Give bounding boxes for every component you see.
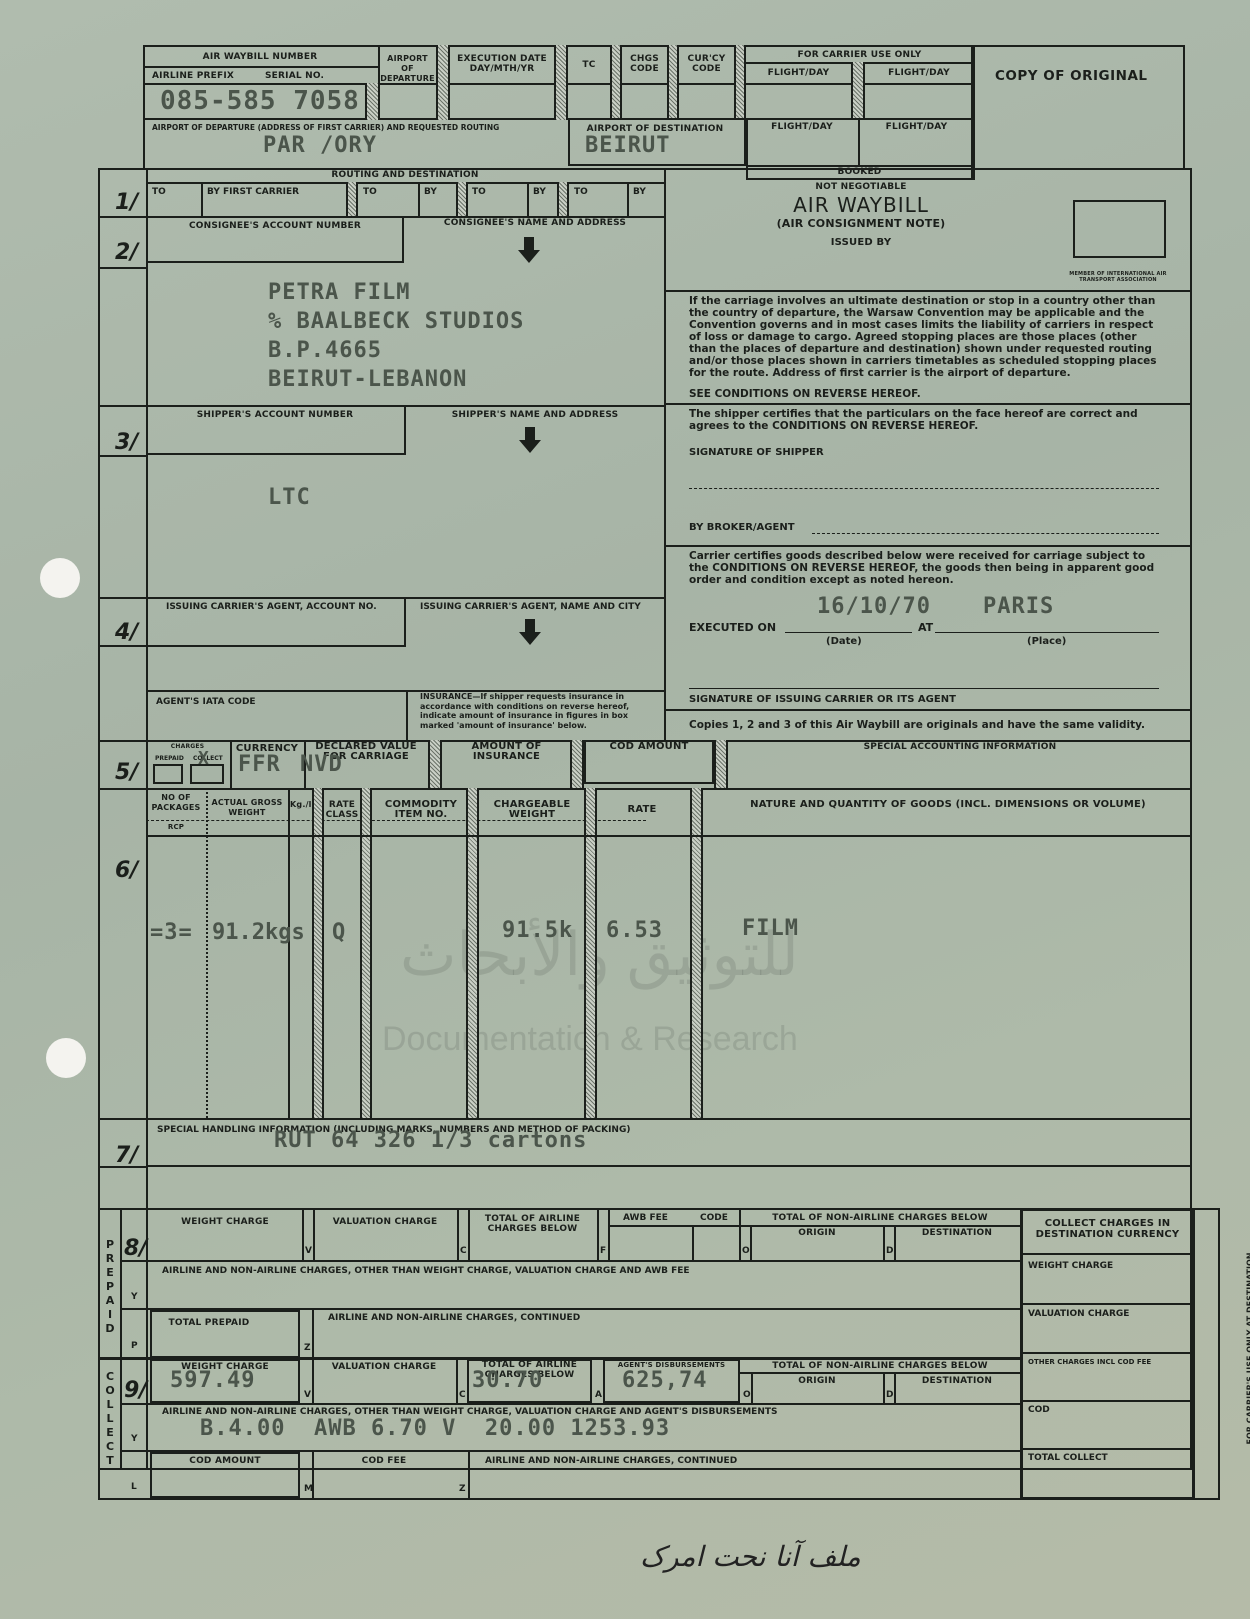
route-by-label-4: BY	[633, 187, 646, 197]
departure-routing-value: PAR /ORY	[263, 133, 377, 158]
carrier-signature-line[interactable]	[689, 688, 1159, 689]
col-kg-lb-label: Kg./lb.	[290, 800, 310, 810]
dest-valuation-charge-label: VALUATION CHARGE	[1028, 1309, 1129, 1319]
col-gross-weight-label: ACTUAL GROSS WEIGHT	[208, 798, 286, 818]
prepaid-label: PREPAID	[155, 754, 184, 764]
flight-day-label-1: FLIGHT/DAY	[746, 68, 851, 78]
collect-mark: X	[198, 748, 210, 769]
carrier-logo-box	[1073, 200, 1166, 258]
warsaw-convention-notice: If the carriage involves an ultimate des…	[689, 295, 1164, 379]
tc-label: TC	[568, 60, 610, 70]
col-commodity-label: COMMODITY ITEM NO.	[376, 800, 466, 820]
shipper-account-label: SHIPPER'S ACCOUNT NUMBER	[150, 410, 400, 420]
copies-note: Copies 1, 2 and 3 of this Air Waybill ar…	[689, 719, 1164, 731]
col-rate-label: RATE	[597, 805, 687, 815]
not-negotiable-label: NOT NEGOTIABLE	[766, 182, 956, 192]
carrier-signature-label: SIGNATURE OF ISSUING CARRIER OR ITS AGEN…	[689, 695, 956, 705]
execution-date-label: EXECUTION DATE DAY/MTH/YR	[452, 54, 552, 74]
iata-member-label: MEMBER OF INTERNATIONAL AIR TRANSPORT AS…	[1066, 271, 1170, 283]
dest-total-collect-label: TOTAL COLLECT	[1028, 1453, 1108, 1463]
punch-hole-bottom	[46, 1038, 86, 1078]
serial-no-label: SERIAL NO.	[265, 71, 365, 81]
consignee-line-1: PETRA FILM	[268, 280, 410, 305]
agent-name-label: ISSUING CARRIER'S AGENT, NAME AND CITY	[420, 602, 641, 612]
airport-departure-label: AIRPORT OF DEPARTURE	[380, 54, 435, 84]
chgs-code-label: CHGS CODE	[622, 54, 667, 74]
executed-date-value: 16/10/70	[817, 594, 931, 619]
consignee-arrow-icon	[518, 250, 540, 263]
see-conditions-notice: SEE CONDITIONS ON REVERSE HEREOF.	[689, 388, 1164, 400]
shipper-name-label: SHIPPER'S NAME AND ADDRESS	[406, 410, 664, 420]
cod-amount-label: COD AMOUNT	[584, 742, 714, 752]
special-handling-value: RUT 64 326 1/3 cartons	[274, 1128, 587, 1153]
awb-number-value: 085-585 7058	[160, 86, 360, 116]
consignee-line-2: % BAALBECK STUDIOS	[268, 309, 524, 334]
air-waybill-document: Documentation & Research للتوثيق والأبحا…	[0, 0, 1250, 1619]
place-caption: (Place)	[1027, 637, 1066, 647]
prepaid-checkbox[interactable]	[153, 764, 183, 784]
col-chargeable-weight-label: CHARGEABLE WEIGHT	[482, 800, 582, 820]
section-2-number: 2/	[115, 240, 138, 265]
consignee-line-3: B.P.4665	[268, 338, 382, 363]
shipper-value: LTC	[268, 485, 311, 510]
airline-prefix-label: AIRLINE PREFIX	[152, 71, 252, 81]
executed-on-label: EXECUTED ON	[689, 623, 776, 633]
executed-date-line	[785, 632, 912, 633]
consignee-name-label: CONSIGNEE'S NAME AND ADDRESS	[406, 218, 664, 228]
air-consignment-note-label: (AIR CONSIGNMENT NOTE)	[766, 219, 956, 229]
route-by-label-3: BY	[533, 187, 546, 197]
handwritten-note: ملف آنا نحت امرک	[640, 1540, 861, 1573]
section-4-number: 4/	[115, 620, 138, 645]
section-6-number: 6/	[115, 858, 138, 883]
route-to-label-2: TO	[363, 187, 377, 197]
issued-by-label: ISSUED BY	[766, 238, 956, 248]
carrier-use-label: FOR CARRIER USE ONLY	[746, 50, 973, 60]
section-7-number: 7/	[115, 1143, 138, 1168]
route-to-label-4: TO	[574, 187, 588, 197]
departure-routing-label: AIRPORT OF DEPARTURE (ADDRESS OF FIRST C…	[152, 123, 499, 133]
row-gross-weight-value: 91.2kgs	[212, 920, 305, 945]
declared-value-value: NVD	[300, 752, 343, 777]
agent-account-label: ISSUING CARRIER'S AGENT, ACCOUNT NO.	[166, 602, 377, 612]
broker-agent-label: BY BROKER/AGENT	[689, 523, 795, 533]
dest-other-charges-label: OTHER CHARGES INCL COD FEE	[1028, 1357, 1151, 1367]
dest-weight-charge-label: WEIGHT CHARGE	[1028, 1261, 1113, 1271]
routing-label: ROUTING AND DESTINATION	[146, 170, 664, 180]
section-3-number: 3/	[115, 430, 138, 455]
row-rate-value: 6.53	[606, 918, 663, 943]
executed-place-line	[935, 632, 1159, 633]
punch-hole-top	[40, 558, 80, 598]
col-rate-class-label: RATE CLASS	[324, 800, 360, 820]
charges-label: CHARGES	[150, 742, 225, 752]
destination-value: BEIRUT	[585, 133, 670, 158]
route-to-label-1: TO	[152, 187, 166, 197]
awb-number-label: AIR WAYBILL NUMBER	[145, 52, 375, 62]
consignee-account-label: CONSIGNEE'S ACCOUNT NUMBER	[150, 221, 400, 231]
executed-place-value: PARIS	[983, 594, 1054, 619]
insurance-note: INSURANCE—If shipper requests insurance …	[420, 692, 660, 730]
row-rate-class-value: Q	[332, 920, 346, 945]
col-rcp-label: RCP	[148, 822, 204, 832]
section-5-number: 5/	[115, 760, 138, 785]
at-label: AT	[918, 623, 933, 633]
curcy-code-label: CUR'CY CODE	[679, 54, 734, 74]
special-accounting-label: SPECIAL ACCOUNTING INFORMATION	[728, 742, 1192, 752]
flight-day-label-4: FLIGHT/DAY	[860, 122, 973, 132]
route-by-label-2: BY	[424, 187, 437, 197]
air-waybill-title: AIR WAYBILL	[766, 193, 956, 217]
copy-of-original-label: COPY OF ORIGINAL	[995, 68, 1148, 84]
broker-agent-line[interactable]	[812, 533, 1159, 534]
shipper-arrow-icon	[519, 440, 541, 453]
shipper-certification-text: The shipper certifies that the particula…	[689, 408, 1164, 432]
carrier-certification-text: Carrier certifies goods described below …	[689, 550, 1164, 586]
currency-value: FFR	[238, 752, 281, 777]
agent-iata-code-label: AGENT'S IATA CODE	[156, 697, 256, 707]
agent-arrow-icon	[519, 632, 541, 645]
row-packages-value: =3=	[150, 920, 193, 945]
row-chargeable-weight-value: 91.5k	[502, 918, 573, 943]
col-packages-label: NO OF PACKAGES	[148, 793, 204, 813]
shipper-signature-label: SIGNATURE OF SHIPPER	[689, 448, 824, 458]
section-1-number: 1/	[115, 190, 138, 215]
date-caption: (Date)	[826, 637, 862, 647]
destination-currency-title: COLLECT CHARGES IN DESTINATION CURRENCY	[1030, 1218, 1185, 1240]
row-nature-value: FILM	[742, 916, 799, 941]
dest-cod-label: COD	[1028, 1405, 1050, 1415]
shipper-signature-line[interactable]	[689, 488, 1159, 489]
route-to-label-3: TO	[472, 187, 486, 197]
flight-day-label-2: FLIGHT/DAY	[865, 68, 973, 78]
consignee-line-4: BEIRUT-LEBANON	[268, 367, 467, 392]
insurance-amount-label: AMOUNT OF INSURANCE	[444, 742, 569, 762]
flight-day-label-3: FLIGHT/DAY	[746, 122, 858, 132]
carrier-use-side-note: FOR CARRIER'S USE ONLY AT DESTINATION	[1246, 1239, 1250, 1459]
col-nature-label: NATURE AND QUANTITY OF GOODS (INCL. DIME…	[704, 800, 1192, 810]
by-first-carrier-label: BY FIRST CARRIER	[207, 187, 299, 197]
